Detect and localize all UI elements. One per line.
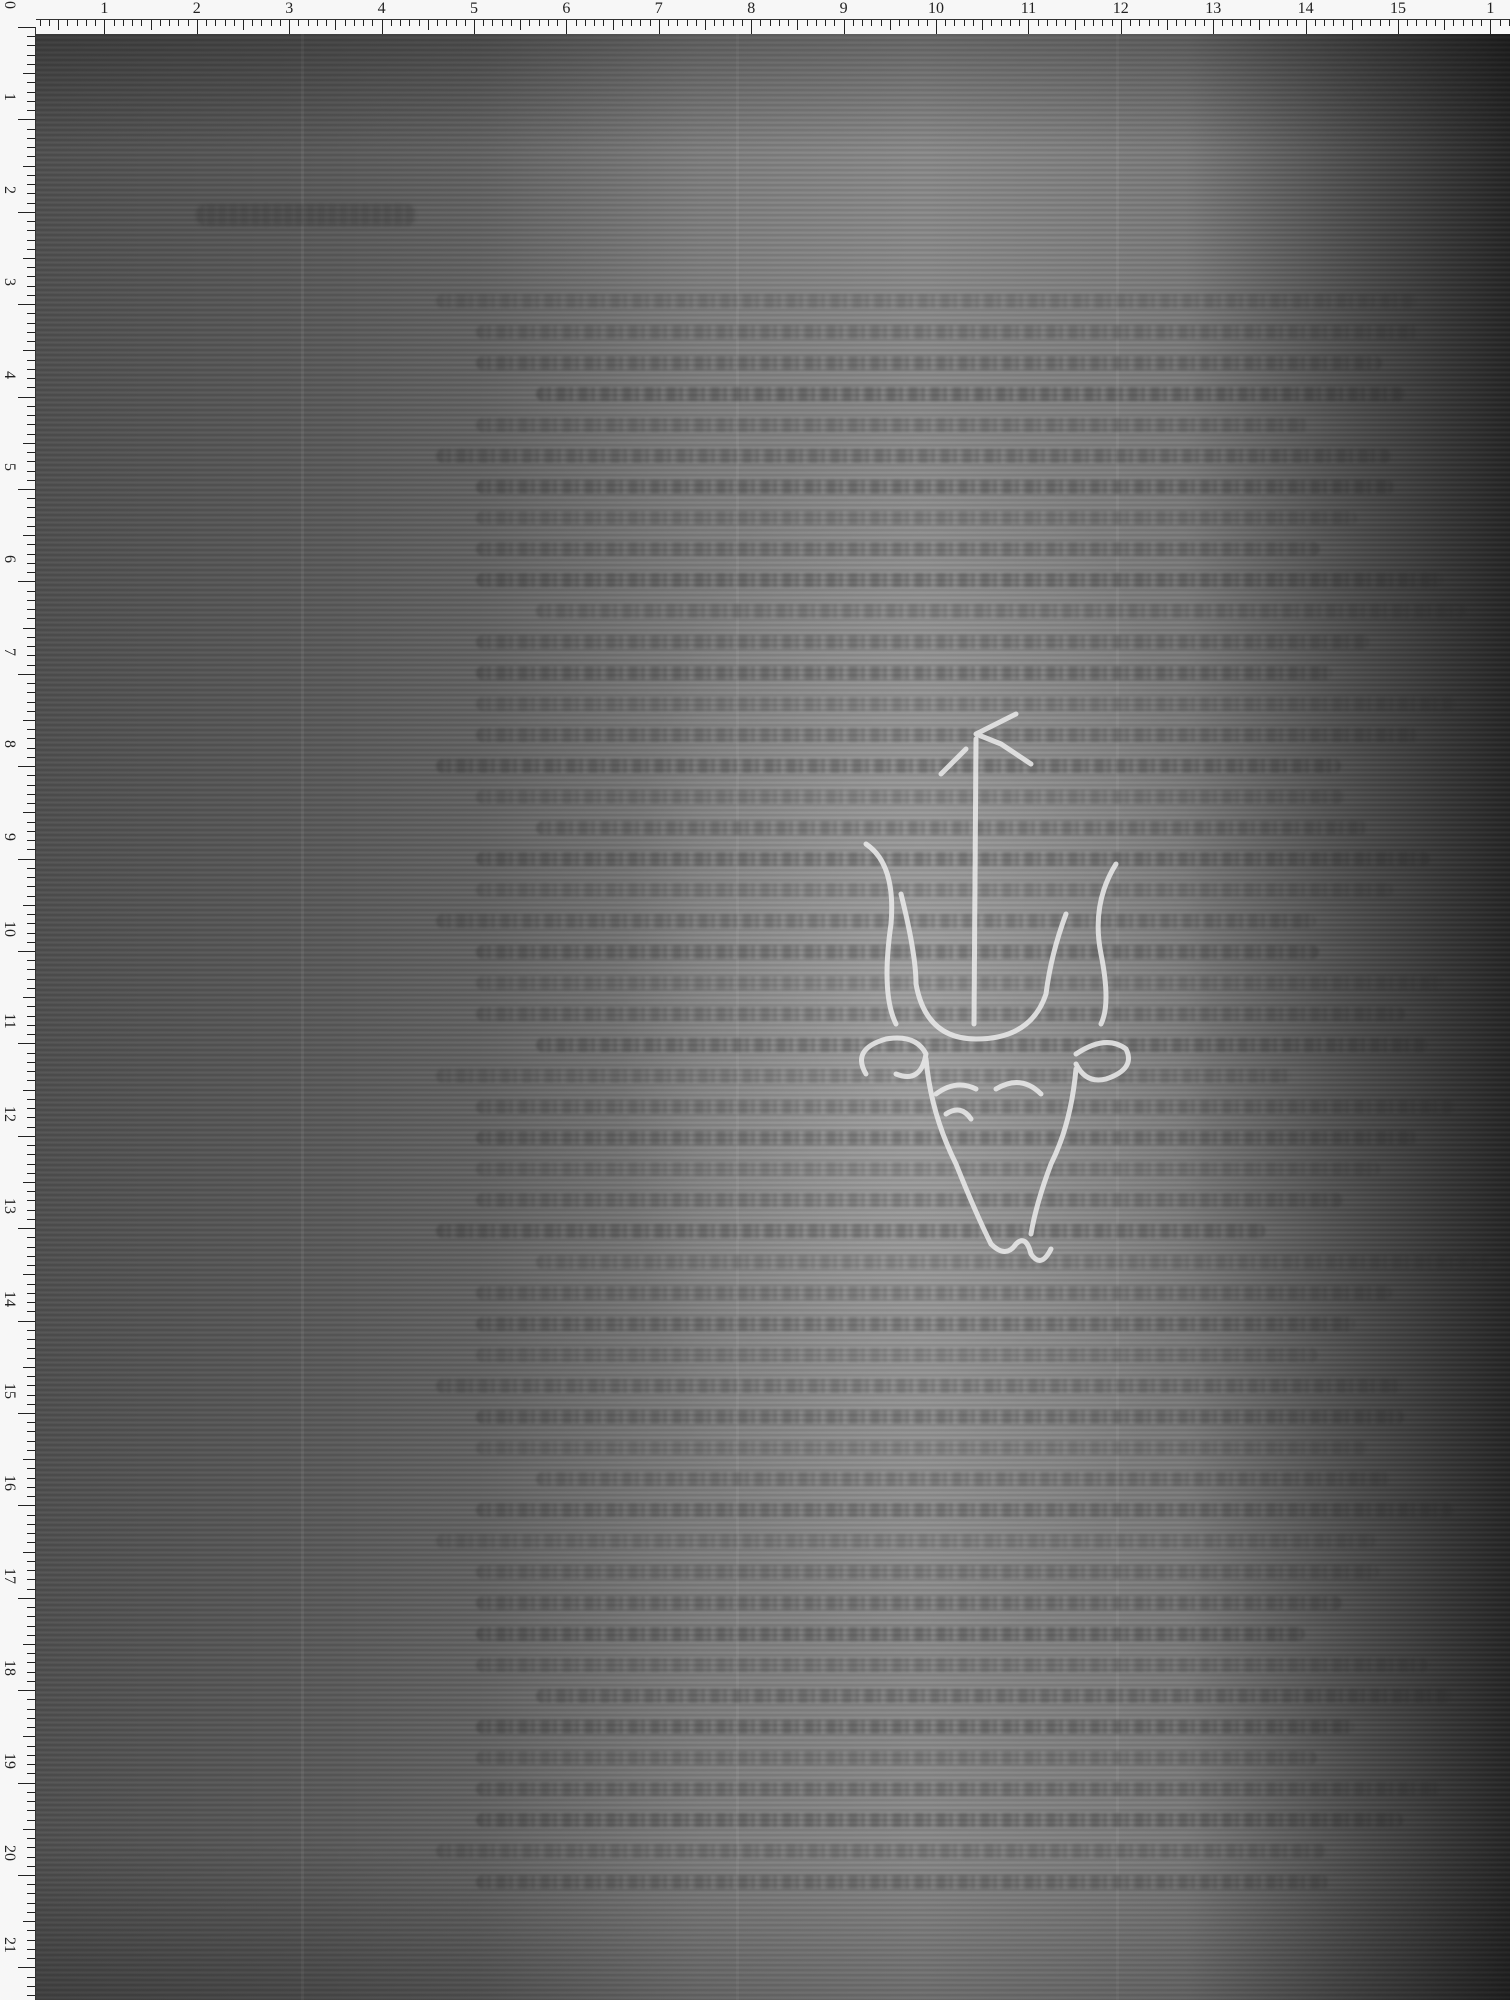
left-ruler-tick [27, 1847, 35, 1848]
top-ruler-tick [964, 20, 965, 26]
left-ruler-tick [27, 729, 35, 730]
left-ruler-tick [27, 1154, 35, 1155]
left-ruler-tick [27, 757, 35, 758]
handwritten-line [436, 449, 1391, 463]
left-ruler-tick [18, 1967, 35, 1968]
top-ruler-tick [1333, 20, 1334, 26]
left-ruler-tick [23, 535, 35, 536]
left-ruler-tick [27, 1099, 35, 1100]
top-ruler-tick [668, 20, 669, 26]
top-ruler-tick [1370, 20, 1371, 26]
top-ruler-tick [308, 20, 309, 26]
top-ruler-label: 1 [1486, 1, 1494, 17]
left-ruler-tick [27, 240, 35, 241]
left-ruler-tick [27, 600, 35, 601]
left-ruler-tick [27, 1820, 35, 1821]
left-ruler-tick [27, 526, 35, 527]
left-ruler-tick [27, 387, 35, 388]
left-ruler-tick [27, 1071, 35, 1072]
handwritten-line [476, 1751, 1317, 1765]
left-ruler-tick [27, 1589, 35, 1590]
left-ruler-tick [27, 1293, 35, 1294]
top-ruler-tick [1481, 20, 1482, 26]
handwritten-line [476, 356, 1382, 370]
left-ruler-tick [27, 175, 35, 176]
top-ruler-tick [141, 20, 142, 26]
left-ruler-tick [27, 1709, 35, 1710]
top-ruler-tick [751, 20, 752, 34]
left-ruler-tick [18, 119, 35, 120]
top-ruler-tick [807, 20, 808, 26]
left-ruler-tick [27, 1219, 35, 1220]
left-ruler-tick [27, 1561, 35, 1562]
top-ruler-tick [271, 20, 272, 26]
left-ruler-tick [27, 1838, 35, 1839]
handwritten-line [476, 1720, 1354, 1734]
left-ruler-tick [27, 1395, 35, 1396]
left-ruler-tick [27, 1127, 35, 1128]
top-ruler-tick [1278, 20, 1279, 26]
top-ruler-tick [178, 20, 179, 26]
left-ruler-tick [27, 1108, 35, 1109]
top-ruler-tick [1380, 20, 1381, 26]
top-ruler-tick [696, 20, 697, 26]
left-ruler-tick [27, 554, 35, 555]
left-ruler-tick [27, 1607, 35, 1608]
left-ruler-tick [27, 702, 35, 703]
left-ruler-tick [27, 1034, 35, 1035]
top-ruler-tick [1121, 20, 1122, 34]
left-ruler-tick [27, 1441, 35, 1442]
handwritten-line [476, 1410, 1404, 1424]
top-ruler-tick [1435, 20, 1436, 26]
top-ruler-tick [1453, 20, 1454, 26]
top-ruler-tick [160, 20, 161, 26]
left-ruler-label: 18 [1, 1657, 17, 1679]
left-ruler-tick [27, 193, 35, 194]
handwritten-line [476, 1286, 1392, 1300]
left-ruler-tick [27, 1579, 35, 1580]
left-ruler-tick [27, 655, 35, 656]
left-ruler-tick [27, 1053, 35, 1054]
top-ruler-tick [456, 20, 457, 26]
left-ruler-tick [18, 1321, 35, 1322]
top-ruler-label: 13 [1205, 1, 1221, 17]
top-ruler-tick [409, 20, 410, 26]
top-ruler-tick [1490, 20, 1491, 34]
left-ruler-tick [18, 397, 35, 398]
top-ruler-label: 12 [1113, 1, 1129, 17]
top-ruler-tick [640, 20, 641, 26]
left-ruler-tick [23, 1367, 35, 1368]
handwritten-text-block [476, 294, 1510, 1914]
left-ruler-tick [27, 406, 35, 407]
handwritten-line [436, 1379, 1401, 1393]
top-ruler-tick [67, 20, 68, 26]
left-ruler-tick [27, 1284, 35, 1285]
left-ruler-tick [27, 1764, 35, 1765]
top-ruler-tick [520, 20, 521, 30]
left-ruler-tick [27, 1191, 35, 1192]
top-ruler-tick [954, 20, 955, 26]
left-ruler-tick [23, 166, 35, 167]
left-ruler-tick [23, 1274, 35, 1275]
top-ruler-tick [1130, 20, 1131, 26]
handwritten-line [476, 1813, 1403, 1827]
top-ruler-tick [816, 20, 817, 26]
left-ruler-tick [27, 1653, 35, 1654]
left-ruler-tick [27, 1773, 35, 1774]
left-ruler-tick [27, 1478, 35, 1479]
top-ruler-label: 9 [840, 1, 848, 17]
left-ruler-tick [27, 1903, 35, 1904]
left-ruler-tick [27, 1515, 35, 1516]
left-ruler-tick [27, 1117, 35, 1118]
left-ruler-label: 1 [1, 86, 17, 108]
top-ruler-tick [1343, 20, 1344, 26]
left-ruler-tick [27, 286, 35, 287]
top-ruler-tick [511, 20, 512, 26]
left-ruler-tick [27, 1801, 35, 1802]
top-ruler-tick [225, 20, 226, 26]
left-ruler-tick [27, 1450, 35, 1451]
top-ruler-tick [428, 20, 429, 30]
left-ruler-label: 0 [1, 0, 17, 16]
left-ruler-tick [27, 1496, 35, 1497]
top-ruler-label: 15 [1390, 1, 1406, 17]
left-ruler-tick [27, 1062, 35, 1063]
top-ruler-tick [918, 20, 919, 26]
left-ruler-tick [27, 1431, 35, 1432]
left-ruler-tick [23, 1182, 35, 1183]
handwritten-line [476, 1162, 1380, 1176]
left-ruler-tick [27, 785, 35, 786]
top-ruler-tick [723, 20, 724, 26]
top-ruler-tick [557, 20, 558, 26]
top-ruler-tick [687, 20, 688, 26]
left-ruler-tick [27, 1080, 35, 1081]
handwritten-line [476, 1007, 1405, 1021]
left-ruler-tick [18, 766, 35, 767]
handwritten-line [476, 883, 1393, 897]
top-ruler-tick [363, 20, 364, 26]
left-ruler-tick [27, 1626, 35, 1627]
left-ruler-tick [18, 1043, 35, 1044]
left-ruler-tick [27, 1718, 35, 1719]
left-ruler-tick [27, 138, 35, 139]
left-ruler-tick [27, 101, 35, 102]
left-ruler-tick [18, 27, 35, 28]
top-ruler-tick [419, 20, 420, 26]
top-ruler-tick [1149, 20, 1150, 26]
top-ruler-tick [973, 20, 974, 26]
left-ruler-tick [27, 1237, 35, 1238]
handwritten-line [476, 852, 1430, 866]
left-ruler-tick [27, 1746, 35, 1747]
top-ruler-tick [252, 20, 253, 26]
top-ruler-tick [1472, 20, 1473, 26]
top-ruler-tick [1287, 20, 1288, 26]
top-ruler-tick [797, 20, 798, 30]
left-ruler-tick [27, 147, 35, 148]
handwritten-line [436, 1224, 1266, 1238]
left-ruler-tick [23, 443, 35, 444]
left-ruler-tick [27, 471, 35, 472]
top-ruler-tick [345, 20, 346, 26]
left-ruler-tick [23, 258, 35, 259]
top-ruler-tick [890, 20, 891, 30]
ox-head-watermark-icon [826, 694, 1166, 1294]
top-ruler-tick [622, 20, 623, 26]
left-ruler-tick [27, 64, 35, 65]
left-ruler-tick [23, 1736, 35, 1737]
left-ruler-tick [23, 1644, 35, 1645]
top-ruler-tick [1139, 20, 1140, 26]
left-ruler-tick [18, 674, 35, 675]
handwritten-line [436, 1844, 1326, 1858]
top-ruler-tick [317, 20, 318, 26]
left-ruler-tick [27, 665, 35, 666]
left-ruler-tick [27, 1164, 35, 1165]
top-ruler-label: 10 [928, 1, 944, 17]
top-ruler-label: 1 [100, 1, 108, 17]
left-ruler-tick [27, 979, 35, 980]
top-ruler-tick [853, 20, 854, 26]
top-ruler-tick [400, 20, 401, 26]
left-ruler-tick [27, 1422, 35, 1423]
handwritten-line [476, 697, 1455, 711]
left-ruler-tick [27, 1016, 35, 1017]
left-ruler-tick [27, 267, 35, 268]
left-ruler-tick [27, 184, 35, 185]
top-ruler-tick [936, 20, 937, 34]
left-ruler-label: 5 [1, 456, 17, 478]
left-ruler-tick [27, 221, 35, 222]
left-ruler-tick [27, 1542, 35, 1543]
left-ruler-label: 7 [1, 641, 17, 663]
left-ruler-tick [27, 461, 35, 462]
top-ruler-label: 2 [193, 1, 201, 17]
top-ruler-tick [206, 20, 207, 26]
top-ruler-tick [1444, 20, 1445, 30]
top-ruler-tick [243, 20, 244, 30]
handwritten-line [436, 759, 1341, 773]
left-ruler-tick [27, 36, 35, 37]
left-ruler-tick [18, 1413, 35, 1414]
left-ruler-tick [27, 1311, 35, 1312]
top-ruler-tick [982, 20, 983, 30]
left-ruler-tick [27, 711, 35, 712]
left-ruler-tick [18, 1690, 35, 1691]
left-ruler-tick [23, 1459, 35, 1460]
top-ruler-tick [234, 20, 235, 26]
left-ruler-tick [27, 775, 35, 776]
handwritten-line [476, 790, 1344, 804]
top-ruler-label: 6 [562, 1, 570, 17]
top-ruler-tick [1269, 20, 1270, 26]
handwritten-line [536, 604, 1466, 618]
top-ruler-tick [714, 20, 715, 26]
handwritten-line [436, 294, 1416, 308]
left-ruler-tick [27, 1940, 35, 1941]
chain-line [1116, 34, 1119, 2000]
left-ruler-tick [23, 1921, 35, 1922]
top-ruler-tick [1158, 20, 1159, 26]
top-ruler-tick [539, 20, 540, 26]
left-ruler-tick [23, 1552, 35, 1553]
left-ruler-tick [27, 415, 35, 416]
left-ruler-tick [27, 1949, 35, 1950]
top-ruler-tick [492, 20, 493, 26]
handwritten-line [476, 1317, 1355, 1331]
top-ruler-tick [197, 20, 198, 34]
top-ruler-tick [927, 20, 928, 26]
left-ruler-label: 4 [1, 364, 17, 386]
handwritten-line [476, 1131, 1417, 1145]
left-ruler-tick [18, 1875, 35, 1876]
handwritten-line [536, 1689, 1451, 1703]
left-ruler-tick [27, 1792, 35, 1793]
top-ruler-tick [382, 20, 383, 34]
left-ruler-tick [27, 1866, 35, 1867]
left-ruler-tick [27, 1727, 35, 1728]
left-ruler-tick [27, 803, 35, 804]
handwritten-line [476, 1441, 1367, 1455]
left-ruler-tick [27, 738, 35, 739]
top-ruler-tick [446, 20, 447, 26]
top-ruler-tick [908, 20, 909, 26]
top-ruler-tick [1352, 20, 1353, 30]
left-ruler-tick [27, 507, 35, 508]
left-ruler-label: 9 [1, 826, 17, 848]
left-ruler-tick [27, 1986, 35, 1987]
top-ruler-label: 5 [470, 1, 478, 17]
top-ruler-tick [151, 20, 152, 30]
left-ruler-tick [23, 1090, 35, 1091]
top-ruler-tick [372, 20, 373, 26]
left-ruler-tick [27, 249, 35, 250]
left-ruler-tick [27, 45, 35, 46]
top-ruler-tick [659, 20, 660, 34]
left-ruler-tick [27, 1330, 35, 1331]
top-ruler-tick [391, 20, 392, 26]
left-ruler-label: 15 [1, 1380, 17, 1402]
left-ruler-tick [27, 1247, 35, 1248]
left-ruler-tick [27, 1210, 35, 1211]
left-ruler-tick [27, 609, 35, 610]
top-ruler-tick [991, 20, 992, 26]
top-ruler-tick [123, 20, 124, 26]
top-ruler-tick [1232, 20, 1233, 26]
left-ruler-tick [18, 581, 35, 582]
top-ruler-tick [529, 20, 530, 26]
top-ruler-tick [261, 20, 262, 26]
top-ruler-tick [862, 20, 863, 26]
left-ruler-tick [27, 92, 35, 93]
left-ruler-tick [27, 369, 35, 370]
left-ruler-tick [27, 1930, 35, 1931]
left-ruler-tick [27, 886, 35, 887]
top-ruler-tick [437, 20, 438, 26]
left-ruler-tick [27, 1857, 35, 1858]
handwritten-line [436, 914, 1316, 928]
top-ruler-tick [280, 20, 281, 26]
left-ruler-tick [27, 129, 35, 130]
top-ruler-tick [1259, 20, 1260, 30]
top-ruler-tick [603, 20, 604, 26]
handwritten-line [476, 573, 1443, 587]
left-ruler-tick [27, 1810, 35, 1811]
handwritten-line [476, 1565, 1379, 1579]
top-ruler-tick [1010, 20, 1011, 26]
top-ruler-tick [1315, 20, 1316, 26]
top-ruler-tick [1416, 20, 1417, 26]
left-ruler-tick [18, 1505, 35, 1506]
handwritten-line [536, 1255, 1489, 1269]
left-ruler-tick [27, 203, 35, 204]
handwritten-line [476, 418, 1308, 432]
left-ruler-tick [27, 1672, 35, 1673]
left-ruler-tick [27, 1893, 35, 1894]
left-ruler-tick [27, 794, 35, 795]
top-ruler-tick [881, 20, 882, 26]
left-ruler-tick [27, 424, 35, 425]
top-ruler-tick [1075, 20, 1076, 30]
left-ruler-tick [27, 1616, 35, 1617]
top-ruler-tick [1407, 20, 1408, 26]
top-ruler-tick [58, 20, 59, 30]
left-ruler-tick [27, 1533, 35, 1534]
top-ruler-tick [1213, 20, 1214, 34]
left-ruler-tick [27, 1755, 35, 1756]
left-ruler-tick [27, 544, 35, 545]
top-ruler-tick [215, 20, 216, 26]
top-ruler-tick [169, 20, 170, 26]
top-ruler-tick [298, 20, 299, 26]
top-ruler-tick [77, 20, 78, 26]
top-ruler-label: 7 [655, 1, 663, 17]
left-ruler-tick [18, 212, 35, 213]
margin-note [196, 204, 416, 226]
top-ruler-tick [1222, 20, 1223, 26]
left-ruler-tick [27, 1025, 35, 1026]
left-ruler-tick [23, 1829, 35, 1830]
top-ruler-tick [95, 20, 96, 26]
left-ruler-tick [27, 923, 35, 924]
left-ruler-tick [23, 73, 35, 74]
handwritten-line [476, 1596, 1342, 1610]
left-ruler-tick [27, 914, 35, 915]
left-ruler-tick [27, 1339, 35, 1340]
left-ruler-label: 3 [1, 271, 17, 293]
left-ruler-tick [18, 859, 35, 860]
left-ruler-label: 10 [1, 918, 17, 940]
handwritten-line [476, 1658, 1428, 1672]
top-ruler-tick [1093, 20, 1094, 26]
top-ruler-label: 3 [285, 1, 293, 17]
top-ruler-tick [825, 20, 826, 26]
top-ruler-tick [1167, 20, 1168, 30]
top-ruler-tick [1324, 20, 1325, 26]
left-ruler-label: 20 [1, 1842, 17, 1864]
left-ruler-tick [27, 1385, 35, 1386]
left-ruler-tick [23, 905, 35, 906]
left-ruler-tick [27, 434, 35, 435]
top-ruler-tick [779, 20, 780, 26]
handwritten-line [476, 1875, 1329, 1889]
top-ruler-tick [594, 20, 595, 26]
top-ruler-label: 14 [1298, 1, 1314, 17]
